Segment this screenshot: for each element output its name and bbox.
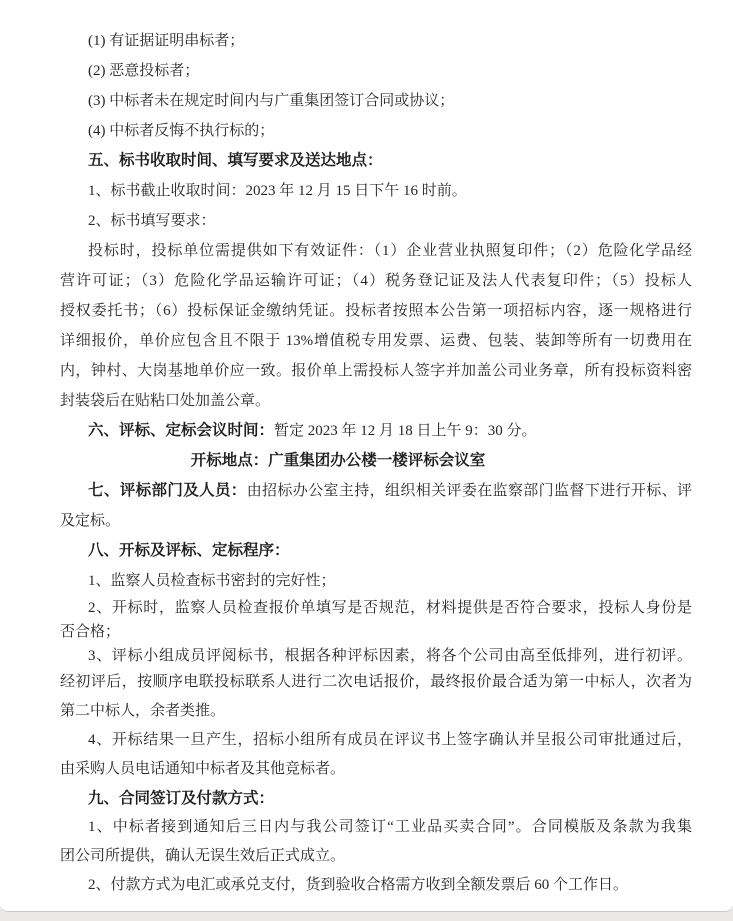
document-line: 投标时，投标单位需提供如下有效证件：（1）企业营业执照复印件；（2）危险化学品经 bbox=[60, 236, 692, 266]
document-line: 营许可证；（3）危险化学品运输许可证；（4）税务登记证及法人代表复印件；（5）投… bbox=[60, 266, 692, 296]
document-line: 六、评标、定标会议时间：暂定 2023 年 12 月 18 日上午 9：30 分… bbox=[60, 416, 692, 446]
document-line: 第二中标人，余者类推。 bbox=[60, 697, 692, 726]
body-text: 及定标。 bbox=[60, 513, 120, 529]
body-text: (4) 中标者反悔不执行标的； bbox=[88, 123, 274, 139]
document-line: 1、标书截止收取时间：2023 年 12 月 15 日下午 16 时前。 bbox=[60, 176, 692, 206]
document-line: 八、开标及评标、定标程序： bbox=[60, 536, 692, 566]
body-text: 第二中标人，余者类推。 bbox=[60, 703, 225, 719]
body-text: 4、开标结果一旦产生，招标小组所有成员在评议书上签字确认并呈报公司审批通过后， bbox=[88, 732, 692, 748]
body-text: 内，钟村、大岗基地单价应一致。报价单上需投标人签字并加盖公司业务章，所有投标资料… bbox=[60, 363, 692, 379]
body-text: 封装袋后在贴粘口处加盖公章。 bbox=[60, 393, 270, 409]
page-bottom-edge bbox=[0, 912, 733, 921]
body-text: 1、标书截止收取时间：2023 年 12 月 15 日下午 16 时前。 bbox=[88, 183, 467, 199]
heading-text: 八、开标及评标、定标程序： bbox=[88, 542, 290, 559]
body-text: 投标时，投标单位需提供如下有效证件：（1）企业营业执照复印件；（2）危险化学品经 bbox=[88, 243, 692, 259]
heading-text: 开标地点：广重集团办公楼一楼评标会议室 bbox=[191, 452, 486, 469]
document-line: 1、中标者接到通知后三日内与我公司签订“工业品买卖合同”。合同模版及条款为我集 bbox=[60, 813, 692, 842]
document-line: 内，钟村、大岗基地单价应一致。报价单上需投标人签字并加盖公司业务章，所有投标资料… bbox=[60, 356, 692, 386]
document-line: 2、开标时，监察人员检查报价单填写是否规范，材料提供是否符合要求，投标人身份是 bbox=[60, 596, 692, 620]
document-lines: (1) 有证据证明串标者；(2) 恶意投标者；(3) 中标者未在规定时间内与广重… bbox=[60, 26, 692, 900]
document-line: 五、标书收取时间、填写要求及送达地点： bbox=[60, 146, 692, 176]
document-line: 详细报价，单价应包含且不限于 13%增值税专用发票、运费、包装、装卸等所有一切费… bbox=[60, 326, 692, 356]
heading-text: 九、合同签订及付款方式： bbox=[88, 790, 274, 807]
body-text: 由采购人员电话通知中标者及其他竞标者。 bbox=[60, 761, 345, 777]
body-text: 1、监察人员检查标书密封的完好性； bbox=[88, 573, 336, 589]
body-text: 2、付款方式为电汇或承兑支付，货到验收合格需方收到全额发票后 60 个工作日。 bbox=[88, 877, 628, 893]
heading-text: 五、标书收取时间、填写要求及送达地点： bbox=[88, 152, 383, 169]
document-line: 由采购人员电话通知中标者及其他竞标者。 bbox=[60, 755, 692, 784]
document-line: 及定标。 bbox=[60, 506, 692, 536]
document-line: 团公司所提供，确认无误生效后正式成立。 bbox=[60, 842, 692, 871]
body-text: 1、中标者接到通知后三日内与我公司签订“工业品买卖合同”。合同模版及条款为我集 bbox=[88, 819, 692, 835]
body-text: 营许可证；（3）危险化学品运输许可证；（4）税务登记证及法人代表复印件；（5）投… bbox=[60, 273, 692, 289]
body-text: (1) 有证据证明串标者； bbox=[88, 33, 244, 49]
body-text: 2、开标时，监察人员检查报价单填写是否规范，材料提供是否符合要求，投标人身份是 bbox=[88, 600, 692, 616]
document-line: 封装袋后在贴粘口处加盖公章。 bbox=[60, 386, 692, 416]
body-text: 团公司所提供，确认无误生效后正式成立。 bbox=[60, 848, 345, 864]
document-line: (3) 中标者未在规定时间内与广重集团签订合同或协议； bbox=[60, 86, 692, 116]
document-line: 经初评后，按顺序电联投标联系人进行二次电话报价，最终报价最合适为第一中标人，次者… bbox=[60, 668, 692, 697]
body-text: (3) 中标者未在规定时间内与广重集团签订合同或协议； bbox=[88, 93, 454, 109]
document-line: 开标地点：广重集团办公楼一楼评标会议室 bbox=[60, 446, 692, 476]
body-text: 暂定 2023 年 12 月 18 日上午 9：30 分。 bbox=[274, 423, 537, 439]
document-line: (1) 有证据证明串标者； bbox=[60, 26, 692, 56]
document-line: 九、合同签订及付款方式： bbox=[60, 784, 692, 813]
document-line: 授权委托书；（6）投标保证金缴纳凭证。投标者按照本公告第一项招标内容，逐一规格进… bbox=[60, 296, 692, 326]
heading-text: 七、评标部门及人员： bbox=[88, 482, 247, 499]
body-text: 经初评后，按顺序电联投标联系人进行二次电话报价，最终报价最合适为第一中标人，次者… bbox=[60, 674, 692, 690]
body-text: (2) 恶意投标者； bbox=[88, 63, 199, 79]
body-text: 详细报价，单价应包含且不限于 13%增值税专用发票、运费、包装、装卸等所有一切费… bbox=[60, 333, 692, 349]
document-line: (2) 恶意投标者； bbox=[60, 56, 692, 86]
document-line: 2、付款方式为电汇或承兑支付，货到验收合格需方收到全额发票后 60 个工作日。 bbox=[60, 871, 692, 900]
document-line: 否合格； bbox=[60, 620, 692, 644]
body-text: 3、评标小组成员评阅标书，根据各种评标因素，将各个公司由高至低排列，进行初评。 bbox=[88, 648, 692, 664]
tender-document-page: (1) 有证据证明串标者；(2) 恶意投标者；(3) 中标者未在规定时间内与广重… bbox=[0, 0, 733, 921]
body-text: 否合格； bbox=[60, 624, 120, 640]
document-line: 4、开标结果一旦产生，招标小组所有成员在评议书上签字确认并呈报公司审批通过后， bbox=[60, 726, 692, 755]
document-line: 3、评标小组成员评阅标书，根据各种评标因素，将各个公司由高至低排列，进行初评。 bbox=[60, 644, 692, 668]
body-text: 2、标书填写要求： bbox=[88, 213, 216, 229]
document-line: (4) 中标者反悔不执行标的； bbox=[60, 116, 692, 146]
document-line: 2、标书填写要求： bbox=[60, 206, 692, 236]
heading-text: 六、评标、定标会议时间： bbox=[88, 422, 274, 439]
document-line: 七、评标部门及人员：由招标办公室主持，组织相关评委在监察部门监督下进行开标、评标 bbox=[60, 476, 692, 506]
document-line: 1、监察人员检查标书密封的完好性； bbox=[60, 566, 692, 596]
body-text: 授权委托书；（6）投标保证金缴纳凭证。投标者按照本公告第一项招标内容，逐一规格进… bbox=[60, 303, 692, 319]
